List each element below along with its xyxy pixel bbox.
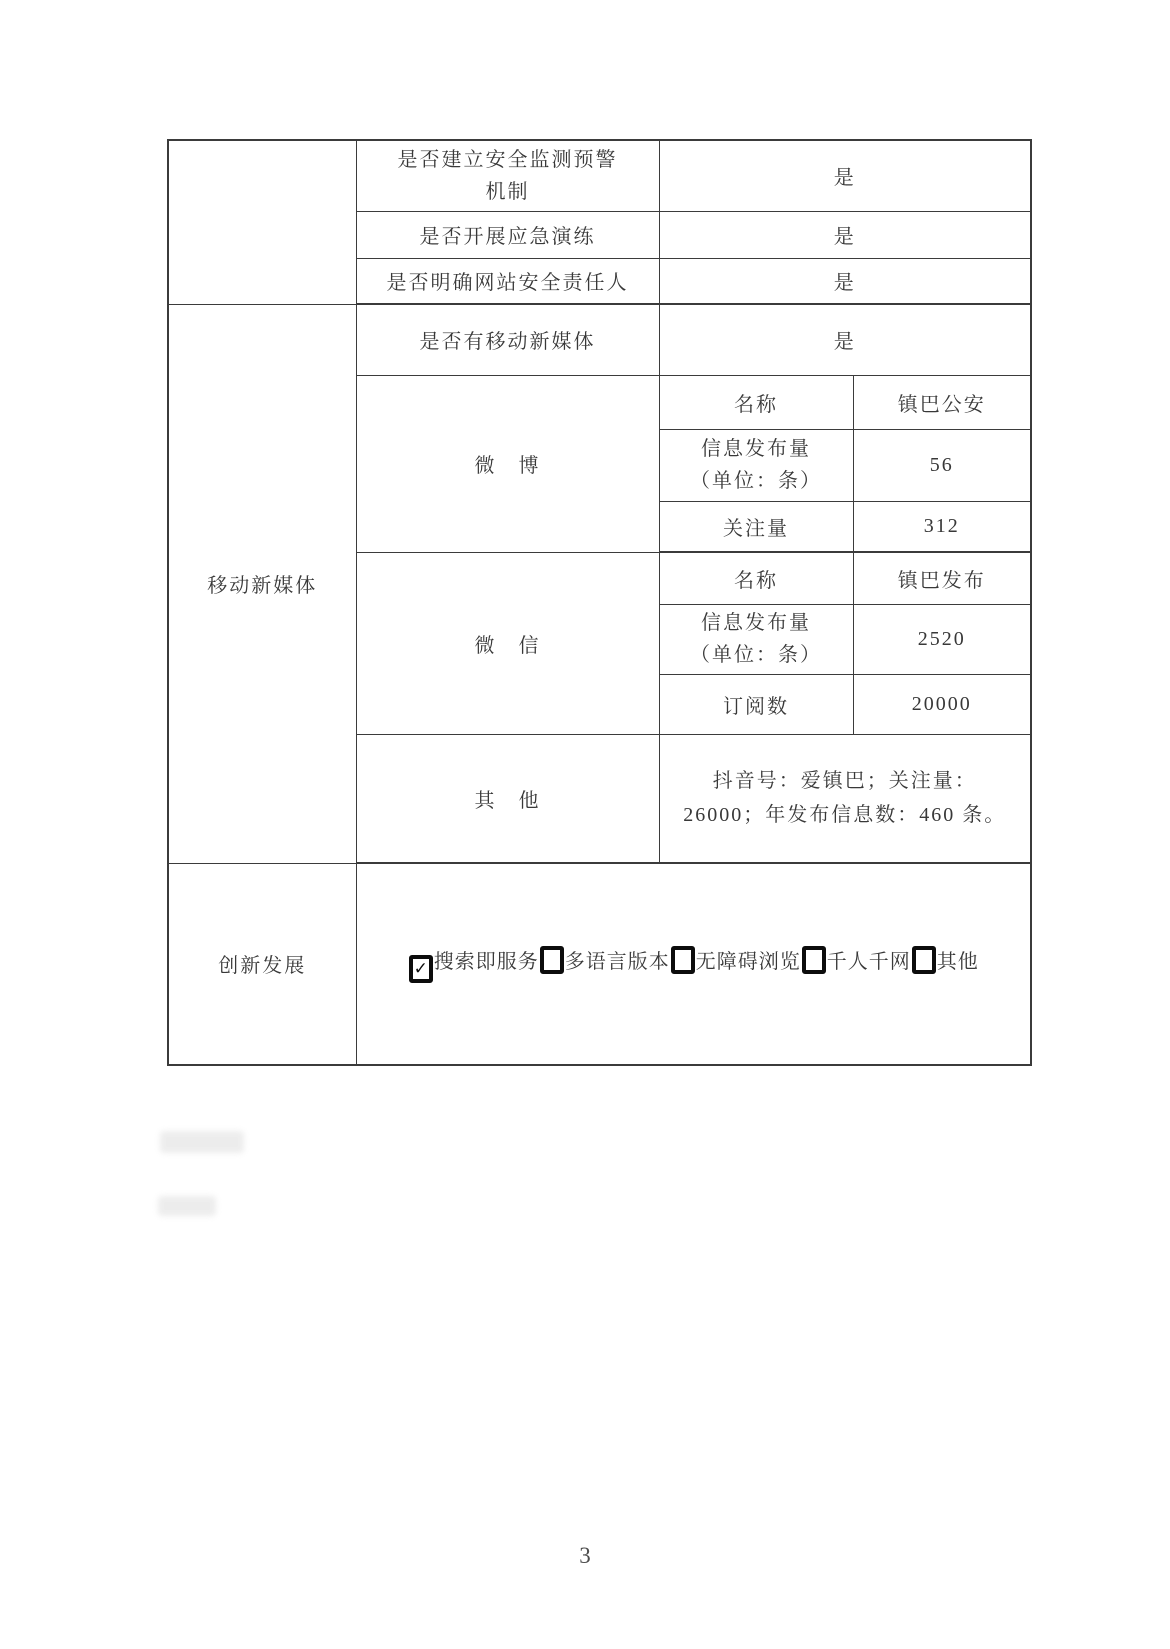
weibo-posts-value: 56 (853, 429, 1031, 501)
innovation-option-label: 多语言版本 (565, 951, 670, 973)
innovation-option-label: 搜索即服务 (434, 951, 539, 973)
weibo-posts-label: 信息发布量 （单位：条） (659, 429, 853, 501)
checkbox-icon (912, 946, 936, 974)
scan-smudge (160, 1131, 244, 1153)
wechat-subscribers-label: 订阅数 (659, 674, 853, 734)
wechat-subscribers-value: 20000 (853, 674, 1031, 734)
checkbox-icon (671, 946, 695, 974)
checkbox-checked-icon: ✓ (409, 955, 433, 983)
wechat-name-value: 镇巴发布 (853, 552, 1031, 604)
weibo-name-value: 镇巴公安 (853, 375, 1031, 429)
weibo-followers-value: 312 (853, 501, 1031, 552)
document-page: 是否建立安全监测预警 机制 是 是否开展应急演练 是 是否明确网站安全责任人 是… (0, 0, 1170, 1649)
scan-smudge (158, 1196, 216, 1216)
innovation-option: 其他 (911, 951, 979, 973)
weibo-name-label: 名称 (659, 375, 853, 429)
innovation-option-label: 其他 (937, 951, 979, 973)
innovation-option: 多语言版本 (539, 951, 670, 973)
innovation-option: 千人千网 (801, 951, 911, 973)
innovation-option-label: 千人千网 (827, 951, 911, 973)
mobile-media-category-cell: 移动新媒体 (168, 304, 356, 863)
has-mobile-media-label: 是否有移动新媒体 (356, 304, 659, 375)
wechat-cell: 微 信 (356, 552, 659, 734)
table-row: 移动新媒体 是否有移动新媒体 是 (168, 304, 1031, 375)
wechat-name-label: 名称 (659, 552, 853, 604)
has-mobile-media-value: 是 (659, 304, 1031, 375)
other-media-value: 抖音号：爱镇巴；关注量： 26000；年发布信息数：460 条。 (659, 734, 1031, 863)
page-number: 3 (0, 1543, 1170, 1569)
wechat-posts-label: 信息发布量 （单位：条） (659, 604, 853, 674)
innovation-option: 无障碍浏览 (670, 951, 801, 973)
weibo-cell: 微 博 (356, 375, 659, 552)
other-media-cell: 其 他 (356, 734, 659, 863)
report-table: 是否建立安全监测预警 机制 是 是否开展应急演练 是 是否明确网站安全责任人 是… (167, 139, 1032, 1066)
security-category-cell (168, 140, 356, 304)
security-officer-label: 是否明确网站安全责任人 (356, 258, 659, 304)
security-monitor-warning-label: 是否建立安全监测预警 机制 (356, 140, 659, 211)
security-officer-value: 是 (659, 258, 1031, 304)
innovation-option: ✓搜索即服务 (408, 951, 539, 973)
emergency-drill-value: 是 (659, 211, 1031, 258)
table-row: 是否建立安全监测预警 机制 是 (168, 140, 1031, 211)
emergency-drill-label: 是否开展应急演练 (356, 211, 659, 258)
checkbox-icon (540, 946, 564, 974)
innovation-options-cell: ✓搜索即服务多语言版本无障碍浏览千人千网其他 (356, 863, 1031, 1065)
security-monitor-warning-value: 是 (659, 140, 1031, 211)
table-row: 创新发展 ✓搜索即服务多语言版本无障碍浏览千人千网其他 (168, 863, 1031, 1065)
checkbox-icon (802, 946, 826, 974)
wechat-posts-value: 2520 (853, 604, 1031, 674)
innovation-category-cell: 创新发展 (168, 863, 356, 1065)
innovation-option-label: 无障碍浏览 (696, 951, 801, 973)
weibo-followers-label: 关注量 (659, 501, 853, 552)
